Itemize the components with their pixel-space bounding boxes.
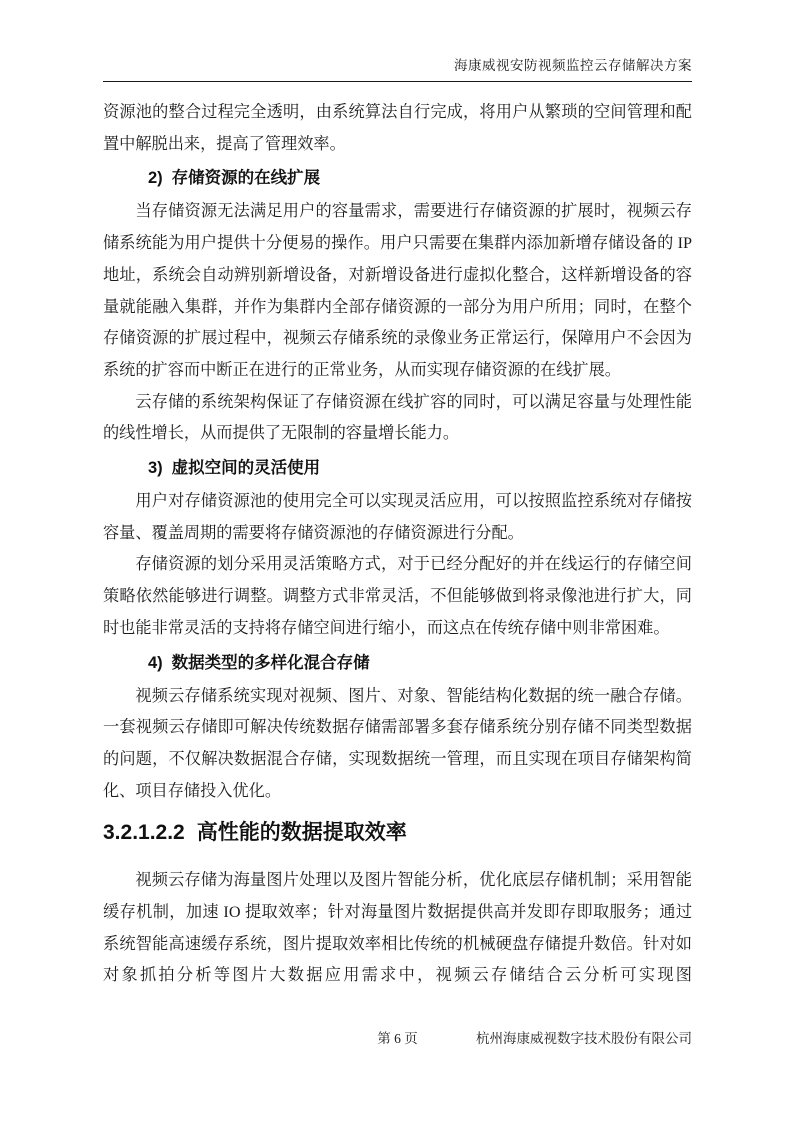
- paragraph: 视频云存储系统实现对视频、图片、对象、智能结构化数据的统一融合存储。一套视频云存…: [103, 681, 692, 808]
- page-header: 海康威视安防视频监控云存储解决方案: [103, 57, 692, 82]
- list-heading-3: 3) 虚拟空间的灵活使用: [148, 452, 692, 484]
- list-title: 虚拟空间的灵活使用: [172, 452, 321, 484]
- section-title: 高性能的数据提取效率: [197, 821, 407, 845]
- footer-company: 杭州海康威视数字技术股份有限公司: [476, 1030, 692, 1048]
- paragraph: 存储资源的划分采用灵活策略方式，对于已经分配好的并在线运行的存储空间策略依然能够…: [103, 549, 692, 644]
- list-title: 存储资源的在线扩展: [172, 162, 321, 194]
- page-footer: 第 6 页 杭州海康威视数字技术股份有限公司: [103, 1030, 692, 1050]
- list-heading-4: 4) 数据类型的多样化混合存储: [148, 647, 692, 679]
- list-number: 3): [148, 452, 163, 484]
- header-title: 海康威视安防视频监控云存储解决方案: [103, 57, 692, 75]
- document-page: 海康威视安防视频监控云存储解决方案 资源池的整合过程完全透明，由系统算法自行完成…: [0, 0, 793, 1122]
- paragraph: 云存储的系统架构保证了存储资源在线扩容的同时，可以满足容量与处理性能的线性增长，…: [103, 387, 692, 450]
- list-number: 4): [148, 647, 163, 679]
- paragraph: 当存储资源无法满足用户的容量需求，需要进行存储资源的扩展时，视频云存储系统能为用…: [103, 196, 692, 386]
- paragraph-intro-continuation: 资源池的整合过程完全透明，由系统算法自行完成，将用户从繁琐的空间管理和配置中解脱…: [103, 97, 692, 160]
- list-title: 数据类型的多样化混合存储: [172, 647, 370, 679]
- paragraph: 用户对存储资源池的使用完全可以实现灵活应用，可以按照监控系统对存储按容量、覆盖周…: [103, 486, 692, 549]
- list-number: 2): [148, 162, 163, 194]
- paragraph-page-cut: 视频云存储为海量图片处理以及图片智能分析，优化底层存储机制；采用智能缓存机制，加…: [103, 865, 692, 992]
- document-body: 资源池的整合过程完全透明，由系统算法自行完成，将用户从繁琐的空间管理和配置中解脱…: [103, 82, 692, 992]
- section-heading: 3.2.1.2.2 高性能的数据提取效率: [103, 821, 692, 845]
- list-heading-2: 2) 存储资源的在线扩展: [148, 162, 692, 194]
- footer-page-number: 第 6 页: [377, 1030, 418, 1048]
- section-number: 3.2.1.2.2: [103, 821, 185, 845]
